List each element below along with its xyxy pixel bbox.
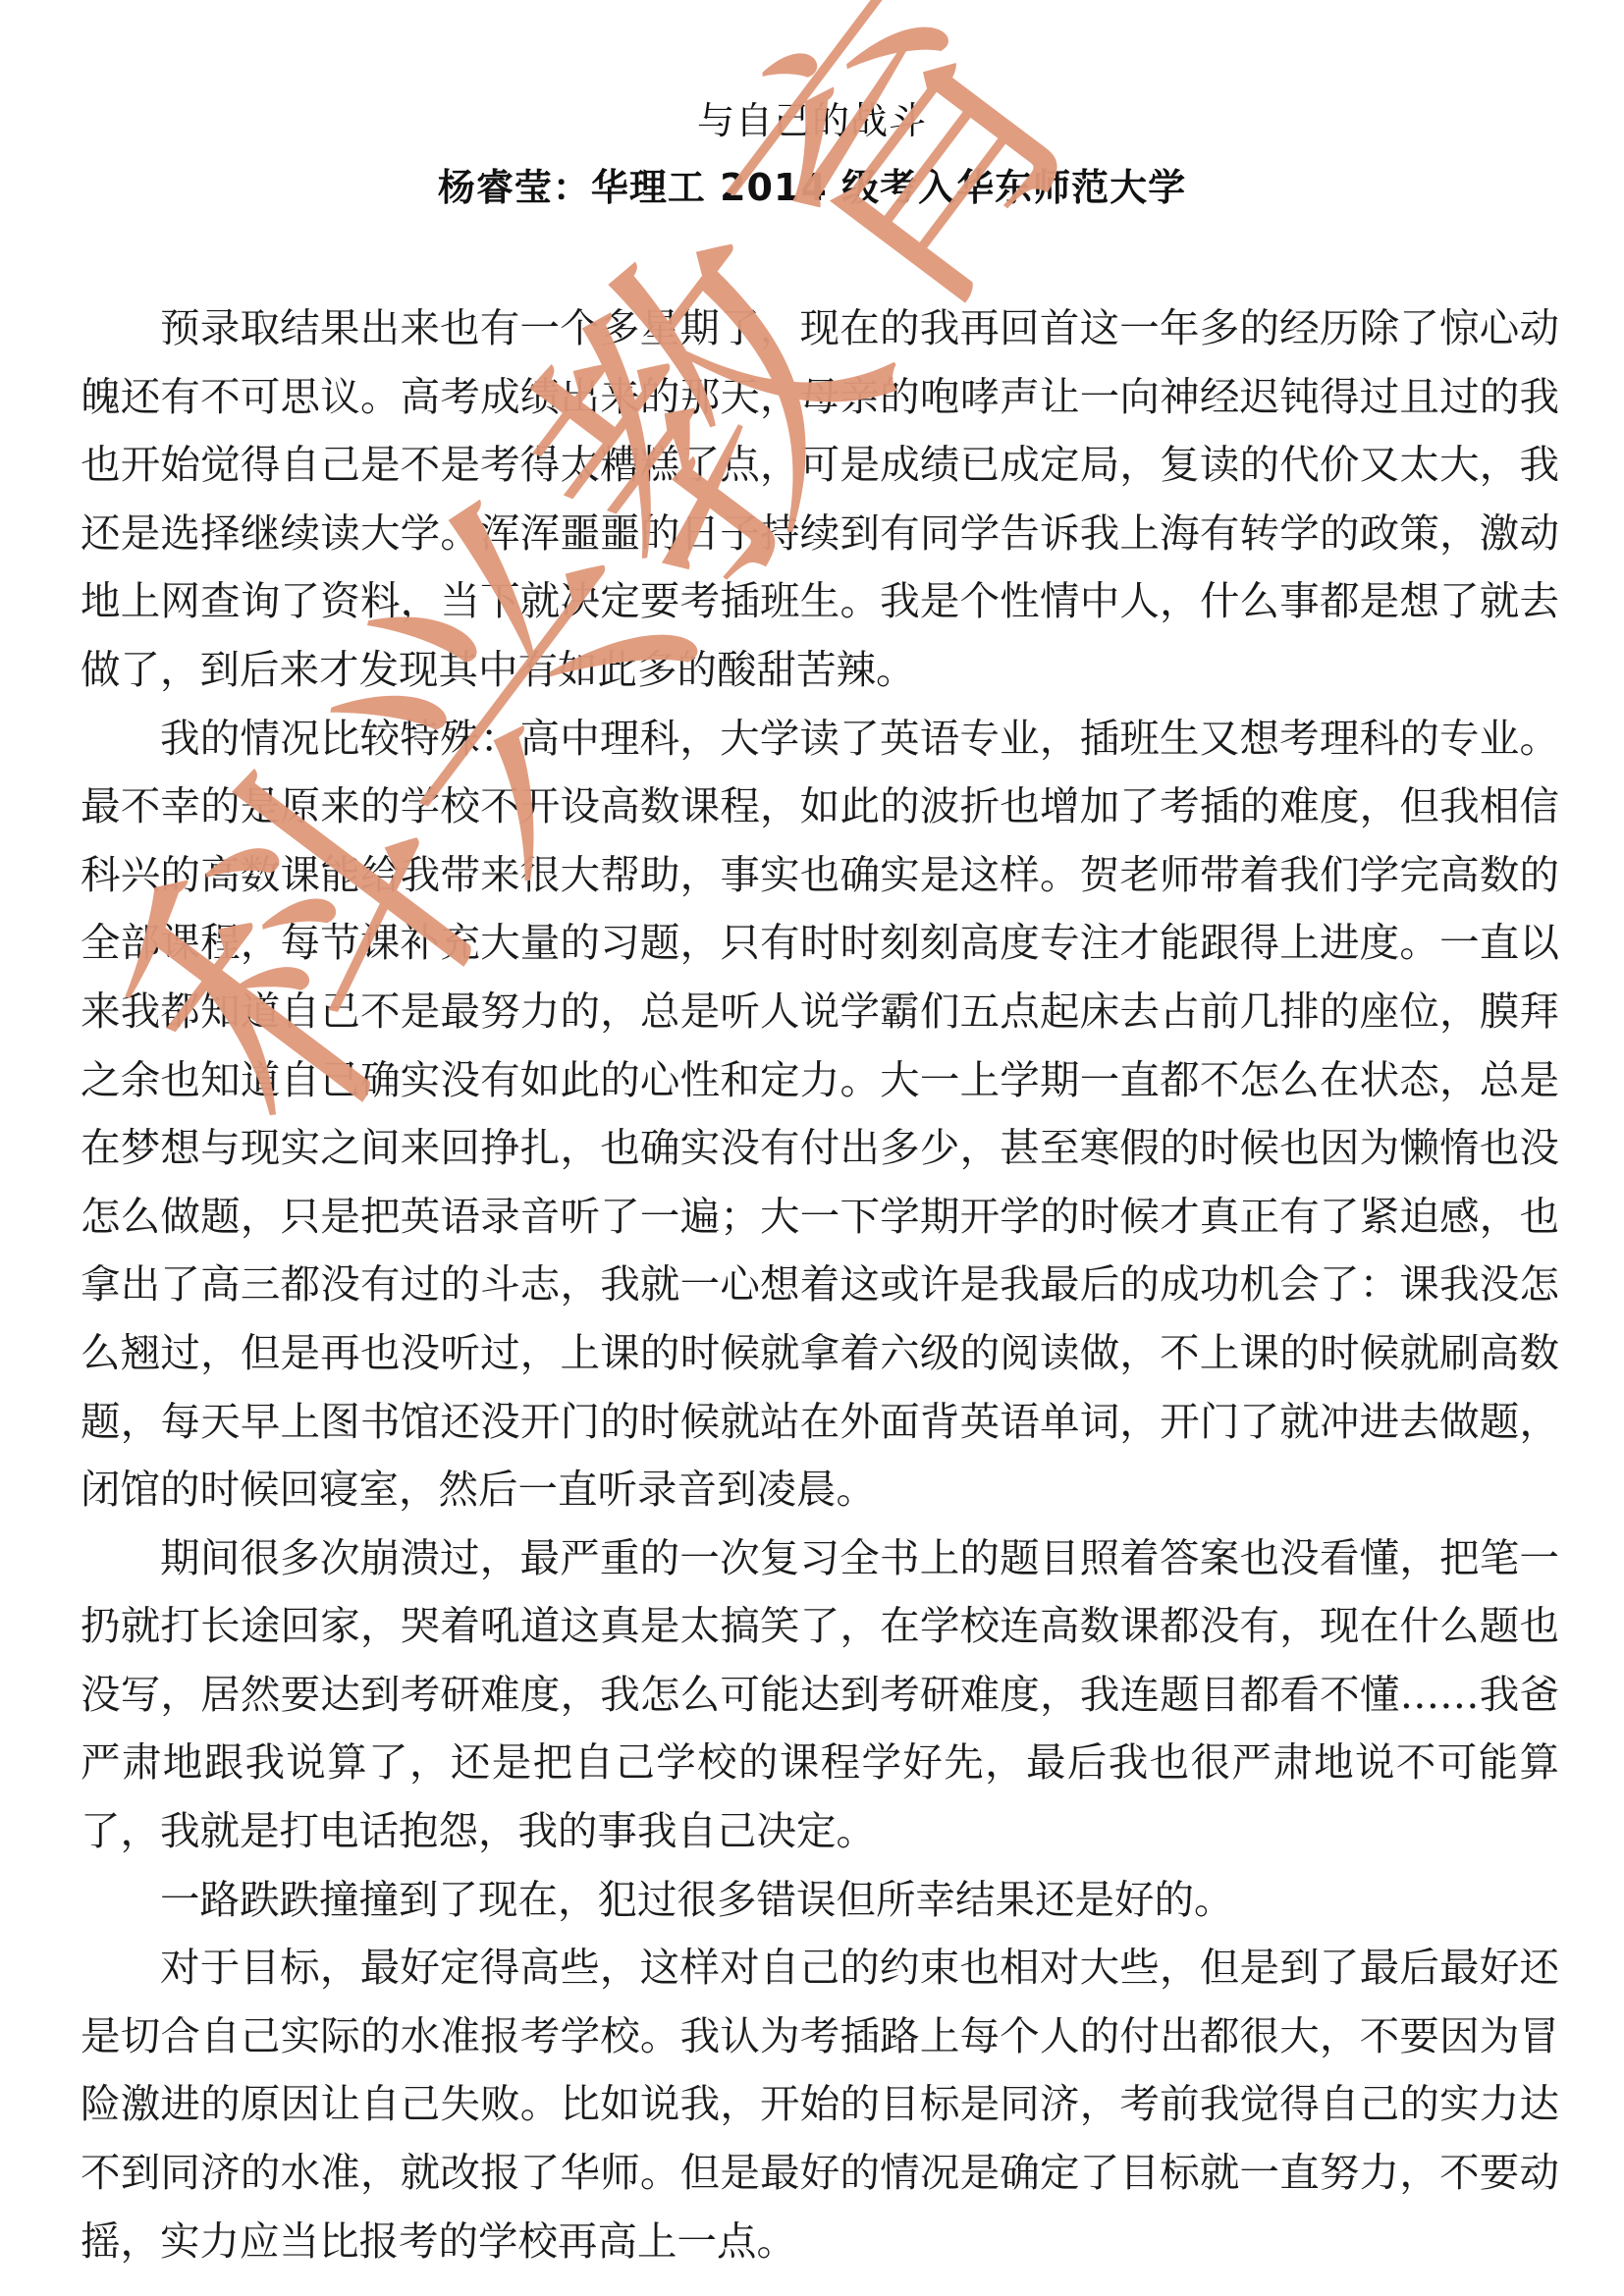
document-page: 与自己的战斗 杨睿莹：华理工 2014 级考入华东师范大学 预录取结果出来也有一… — [0, 0, 1624, 2296]
watermark-text: 科兴教育 — [79, 0, 1282, 1177]
watermark-layer: 科兴教育 — [0, 0, 1624, 2296]
